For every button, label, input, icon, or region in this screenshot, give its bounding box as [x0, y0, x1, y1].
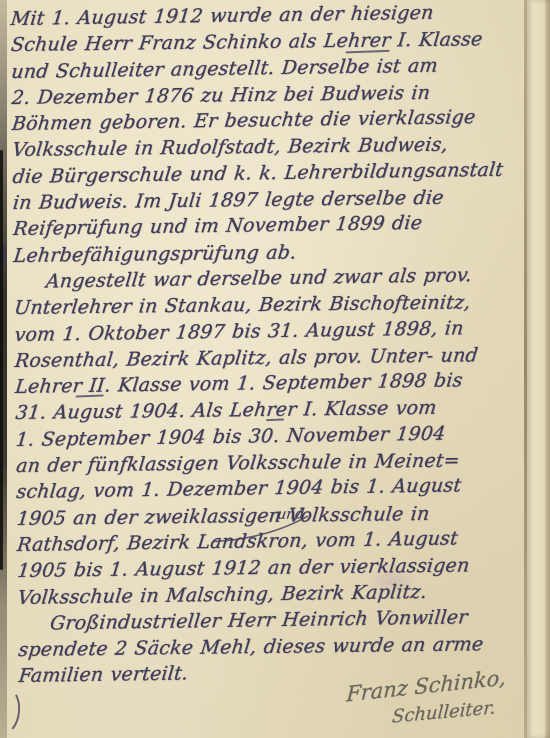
pen-stroke-arc [0, 687, 22, 736]
photo-right-edge [545, 0, 550, 738]
page-edge-crease [524, 0, 527, 738]
left-gutter-dark-line [0, 150, 3, 570]
paragraph-appointment: Mit 1. August 1912 wurde an der hiesigen… [9, 0, 526, 269]
signature-role: Schulleiter. [391, 697, 496, 727]
scanned-manuscript-page: Mit 1. August 1912 wurde an der hiesigen… [0, 0, 550, 738]
paragraph-career: Angestellt war derselbe und zwar als pro… [12, 263, 530, 611]
insertion-caret-stroke [211, 512, 311, 543]
handwritten-text-block: Mit 1. August 1912 wurde an der hiesigen… [9, 0, 531, 690]
